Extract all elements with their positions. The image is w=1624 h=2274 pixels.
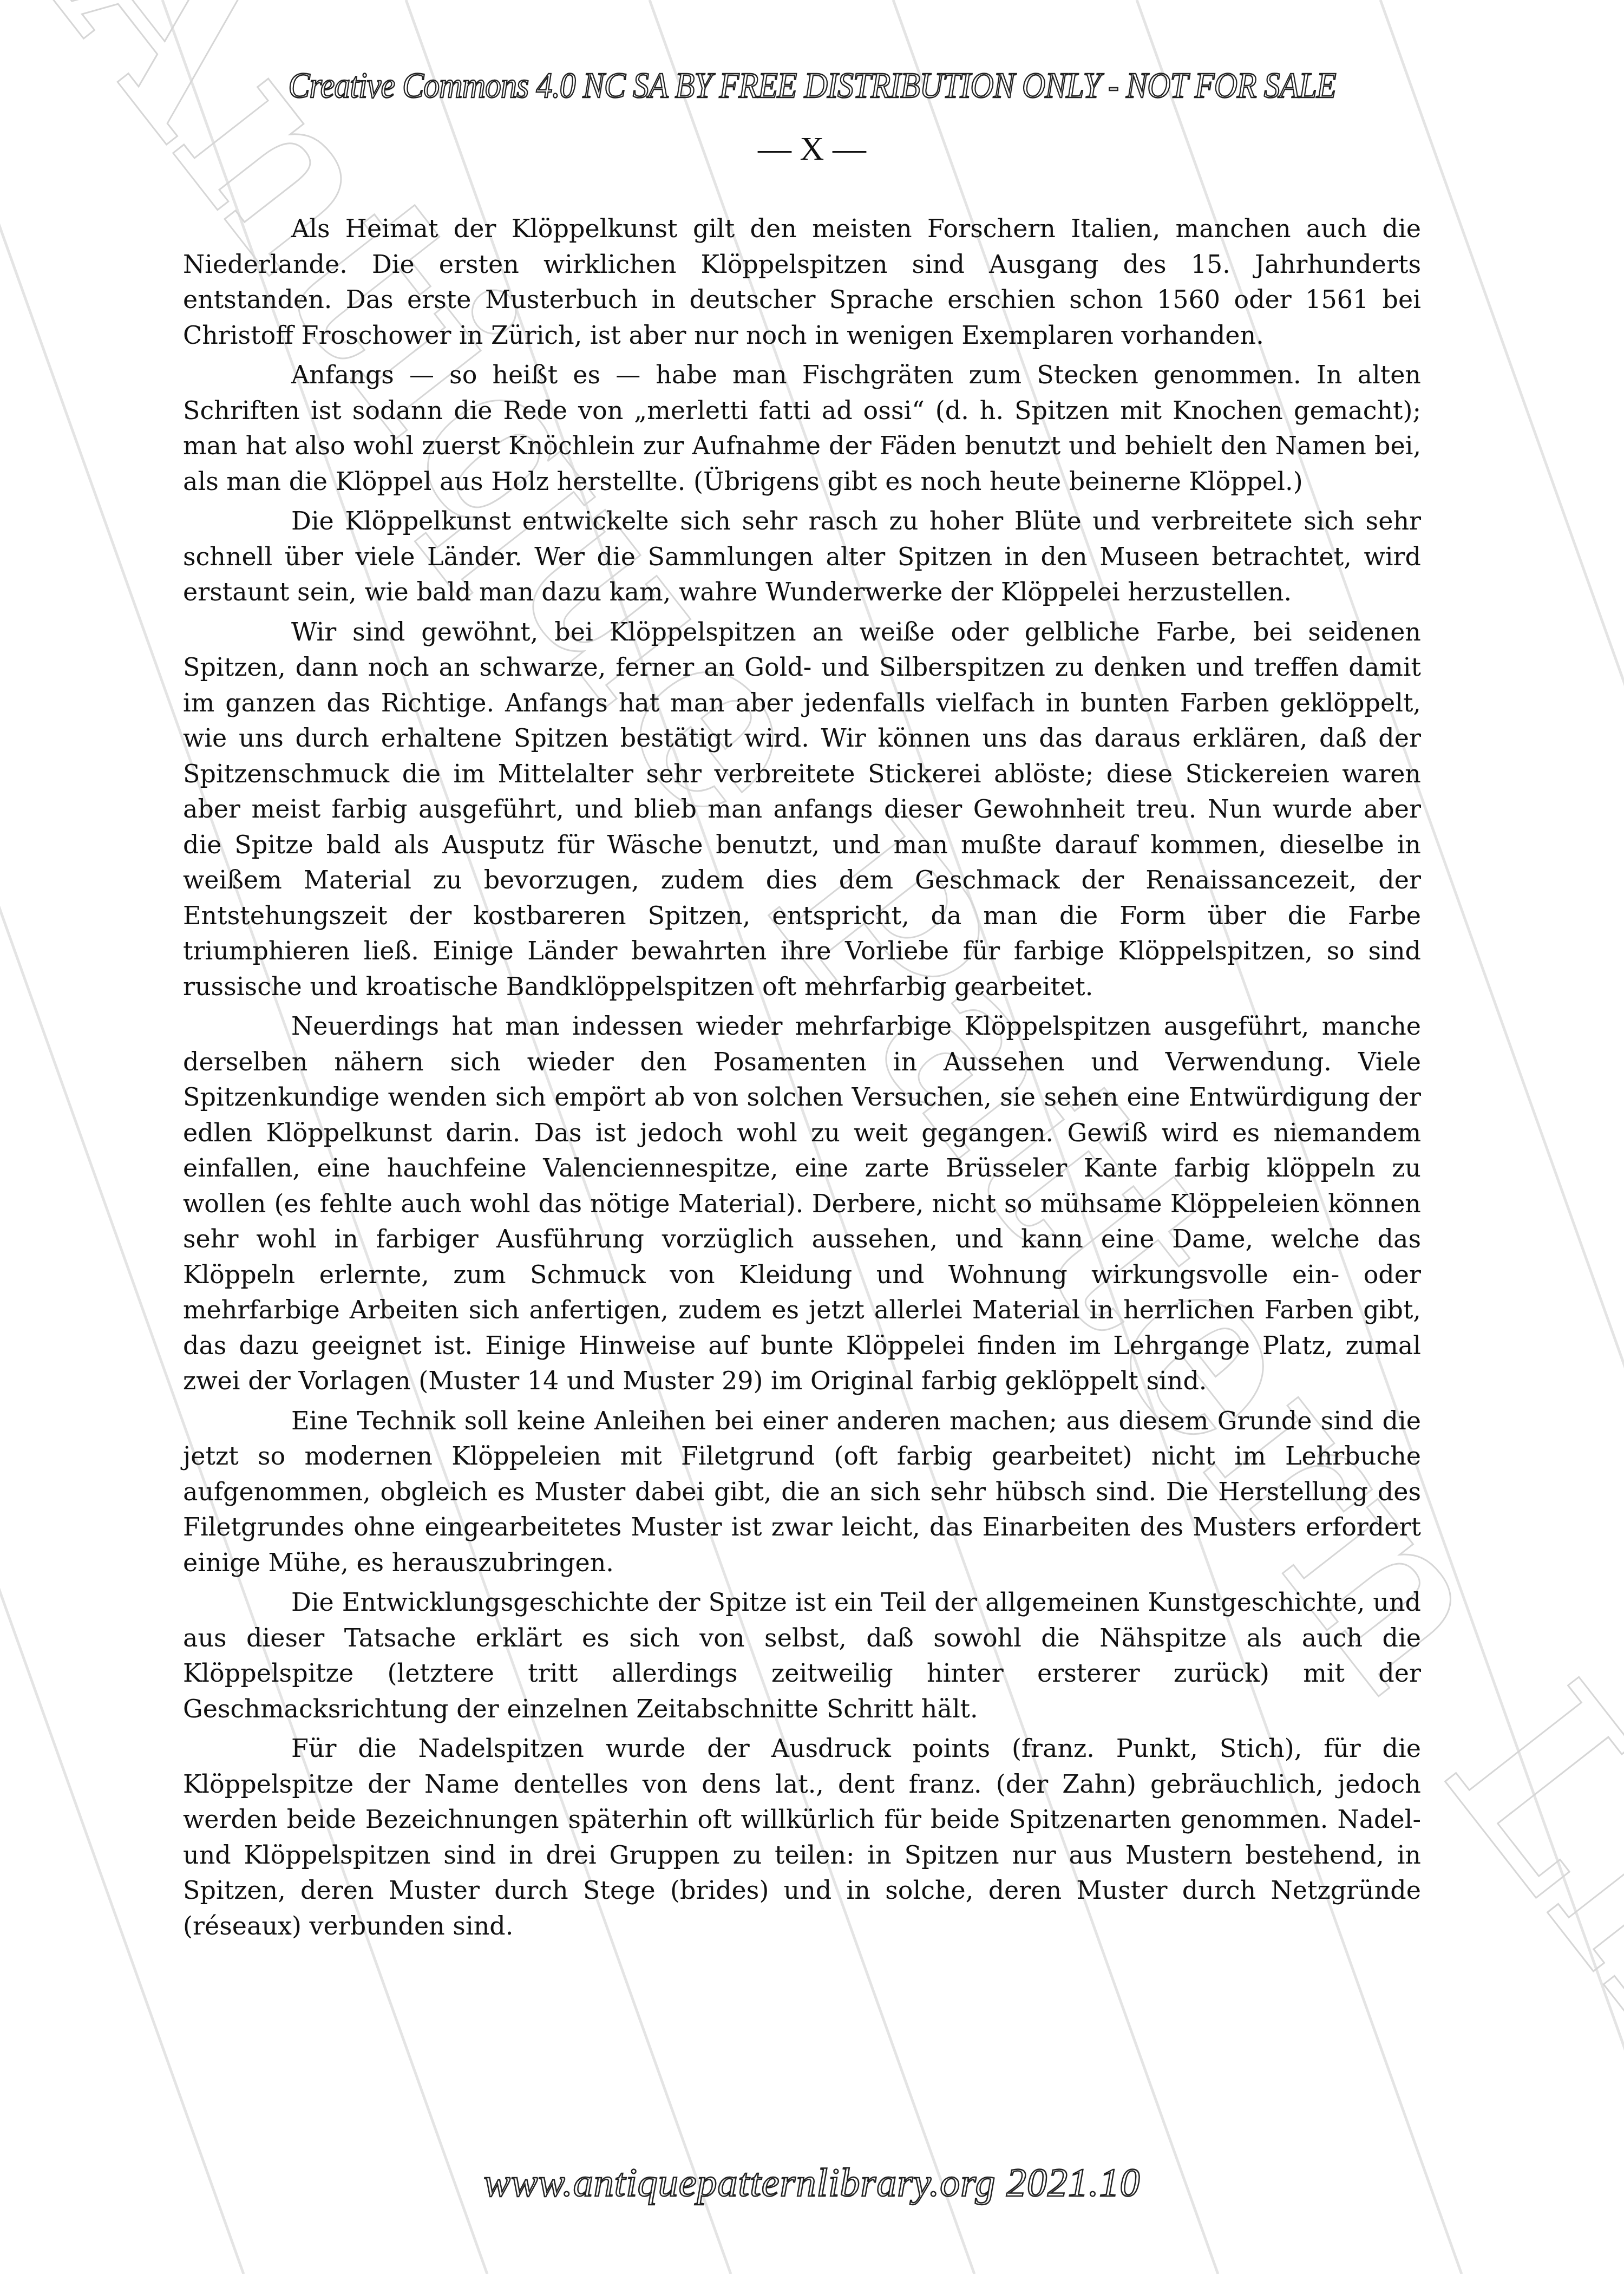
paragraph: Neuerdings hat man indessen wieder mehrf… xyxy=(183,1009,1421,1399)
paragraph: Wir sind gewöhnt, bei Klöppelspitzen an … xyxy=(183,615,1421,1005)
paragraph: Die Entwicklungsgeschichte der Spitze is… xyxy=(183,1585,1421,1727)
license-banner: Creative Commons 4.0 NC SA BY FREE DISTR… xyxy=(97,64,1527,107)
paragraph: Anfangs — so heißt es — habe man Fischgr… xyxy=(183,357,1421,499)
paragraph: Die Klöppelkunst entwickelte sich sehr r… xyxy=(183,504,1421,610)
paragraph: Für die Nadelspitzen wurde der Ausdruck … xyxy=(183,1731,1421,1944)
page-number: — X — xyxy=(0,130,1624,168)
body-text: Als Heimat der Klöppelkunst gilt den mei… xyxy=(183,211,1421,1944)
paragraph: Als Heimat der Klöppelkunst gilt den mei… xyxy=(183,211,1421,353)
footer-url-stamp: www.antiquepatternlibrary.org 2021.10 xyxy=(0,2160,1624,2206)
paragraph: Eine Technik soll keine Anleihen bei ein… xyxy=(183,1403,1421,1581)
